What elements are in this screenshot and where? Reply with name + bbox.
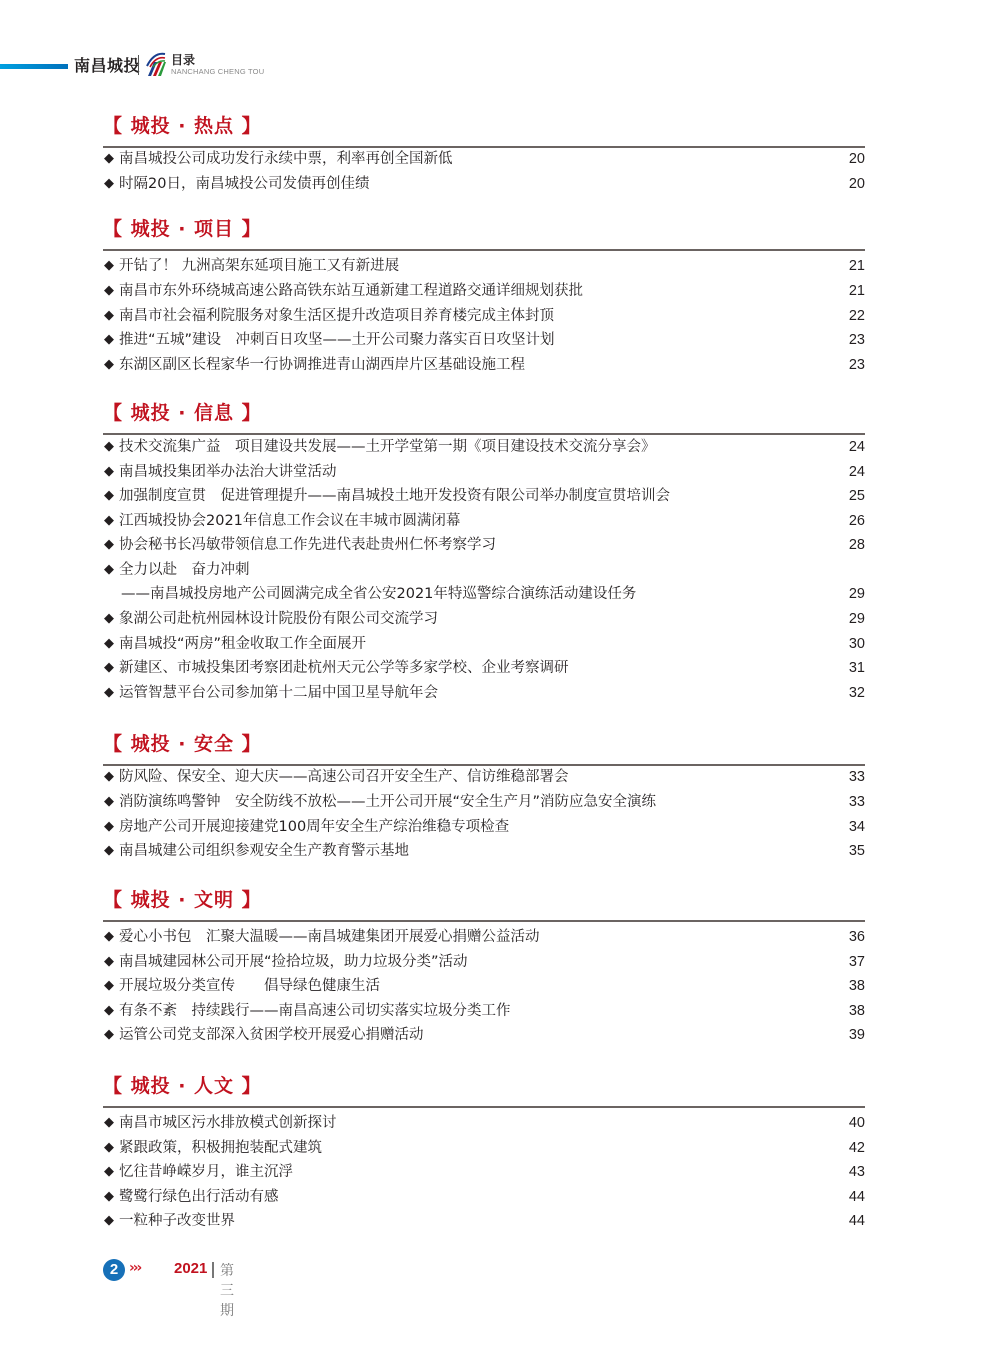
entry-page-number: 23 [849, 353, 865, 377]
diamond-bullet-icon: ◆ [104, 839, 114, 863]
entry-page-number: 38 [849, 999, 865, 1023]
entry-page-number: 28 [849, 533, 865, 557]
entry-title: 南昌城投“两房”租金收取工作全面展开 [119, 632, 366, 656]
toc-entry[interactable]: ◆ 推进“五城”建设 冲刺百日攻坚——土开公司聚力落实百日攻坚计划 23 [103, 328, 865, 352]
diamond-bullet-icon: ◆ [104, 304, 114, 328]
entry-page-number: 20 [849, 172, 865, 196]
section-divider [103, 920, 865, 922]
toc-entry[interactable]: ◆ 南昌市东外环绕城高速公路高铁东站互通新建工程道路交通详细规划获批 21 [103, 279, 865, 303]
toc-entry[interactable]: ◆ 南昌市城区污水排放模式创新探讨 40 [103, 1111, 865, 1135]
toc-entry[interactable]: ◆ 协会秘书长冯敏带领信息工作先进代表赴贵州仁怀考察学习 28 [103, 533, 865, 557]
entry-title: 开展垃圾分类宣传 倡导绿色健康生活 [119, 974, 380, 998]
diamond-bullet-icon: ◆ [104, 172, 114, 196]
toc-entry[interactable]: ◆ 时隔20日，南昌城投公司发债再创佳绩 20 [103, 172, 865, 196]
entry-title: 房地产公司开展迎接建党100周年安全生产综治维稳专项检查 [119, 815, 509, 839]
entry-page-number: 32 [849, 681, 865, 705]
diamond-bullet-icon: ◆ [104, 328, 114, 352]
entry-title: 运管智慧平台公司参加第十二届中国卫星导航年会 [119, 681, 438, 705]
entry-title: 忆往昔峥嵘岁月，谁主沉浮 [119, 1160, 293, 1184]
diamond-bullet-icon: ◆ [104, 1111, 114, 1135]
entry-title: 东湖区副区长程家华一行协调推进青山湖西岸片区基础设施工程 [119, 353, 525, 377]
section-title: 【 城投 · 文明 】 [103, 885, 262, 912]
toc-entry[interactable]: ◆ 新建区、市城投集团考察团赴杭州天元公学等多家学校、企业考察调研 31 [103, 656, 865, 680]
diamond-bullet-icon: ◆ [104, 558, 114, 582]
toc-entry[interactable]: ◆ 南昌城投“两房”租金收取工作全面展开 30 [103, 632, 865, 656]
entry-title: 全力以赴 奋力冲刺 [119, 558, 250, 582]
toc-entry[interactable]: ◆ 运管智慧平台公司参加第十二届中国卫星导航年会 32 [103, 681, 865, 705]
entry-title: 爱心小书包 汇聚大温暖——南昌城建集团开展爱心捐赠公益活动 [119, 925, 540, 949]
entry-page-number: 37 [849, 950, 865, 974]
entry-title: 南昌城投公司成功发行永续中票，利率再创全国新低 [119, 147, 453, 171]
page-number-badge: 2 [103, 1259, 125, 1281]
entry-page-number: 22 [849, 304, 865, 328]
entry-page-number: 20 [849, 147, 865, 171]
toc-entry[interactable]: ◆ 开展垃圾分类宣传 倡导绿色健康生活 38 [103, 974, 865, 998]
entry-title: 运管公司党支部深入贫困学校开展爱心捐赠活动 [119, 1023, 424, 1047]
toc-entry[interactable]: ◆ 有条不紊 持续践行——南昌高速公司切实落实垃圾分类工作 38 [103, 999, 865, 1023]
nanchang-chengtou-logo-icon [144, 50, 166, 78]
brand-name: 南昌城投 [74, 53, 140, 76]
footer-divider [212, 1262, 214, 1278]
toc-entry[interactable]: ◆ 南昌城投公司成功发行永续中票，利率再创全国新低 20 [103, 147, 865, 171]
diamond-bullet-icon: ◆ [104, 632, 114, 656]
section-divider [103, 1106, 865, 1108]
diamond-bullet-icon: ◆ [104, 1185, 114, 1209]
entry-page-number: 24 [849, 435, 865, 459]
entry-title: 南昌城投集团举办法治大讲堂活动 [119, 460, 337, 484]
entry-title: 江西城投协会2021年信息工作会议在丰城市圆满闭幕 [119, 509, 460, 533]
entry-title: 有条不紊 持续践行——南昌高速公司切实落实垃圾分类工作 [119, 999, 511, 1023]
section-title: 【 城投 · 项目 】 [103, 214, 262, 241]
entry-page-number: 34 [849, 815, 865, 839]
diamond-bullet-icon: ◆ [104, 1160, 114, 1184]
diamond-bullet-icon: ◆ [104, 999, 114, 1023]
header-accent-bar [0, 64, 68, 69]
diamond-bullet-icon: ◆ [104, 254, 114, 278]
entry-page-number: 44 [849, 1185, 865, 1209]
entry-title: 开钻了！ 九洲高架东延项目施工又有新进展 [119, 254, 399, 278]
entry-page-number: 42 [849, 1136, 865, 1160]
diamond-bullet-icon: ◆ [104, 656, 114, 680]
entry-page-number: 24 [849, 460, 865, 484]
toc-entry[interactable]: ◆ 爱心小书包 汇聚大温暖——南昌城建集团开展爱心捐赠公益活动 36 [103, 925, 865, 949]
entry-title: 南昌市东外环绕城高速公路高铁东站互通新建工程道路交通详细规划获批 [119, 279, 583, 303]
entry-title: 南昌市社会福利院服务对象生活区提升改造项目养育楼完成主体封顶 [119, 304, 554, 328]
entry-page-number: 43 [849, 1160, 865, 1184]
diamond-bullet-icon: ◆ [104, 460, 114, 484]
entry-title: 南昌城建园林公司开展“捡拾垃圾，助力垃圾分类”活动 [119, 950, 468, 974]
diamond-bullet-icon: ◆ [104, 974, 114, 998]
toc-entry[interactable]: ◆ 运管公司党支部深入贫困学校开展爱心捐赠活动 39 [103, 1023, 865, 1047]
diamond-bullet-icon: ◆ [104, 815, 114, 839]
entry-title: 推进“五城”建设 冲刺百日攻坚——土开公司聚力落实百日攻坚计划 [119, 328, 555, 352]
diamond-bullet-icon: ◆ [104, 279, 114, 303]
diamond-bullet-icon: ◆ [104, 353, 114, 377]
entry-page-number: 36 [849, 925, 865, 949]
entry-page-number: 26 [849, 509, 865, 533]
entry-title: 南昌市城区污水排放模式创新探讨 [119, 1111, 337, 1135]
entry-page-number: 35 [849, 839, 865, 863]
issue-number: 第三期 [220, 1260, 234, 1320]
entry-page-number: 44 [849, 1209, 865, 1233]
entry-title: 消防演练鸣警钟 安全防线不放松——土开公司开展“安全生产月”消防应急安全演练 [119, 790, 656, 814]
entry-page-number: 30 [849, 632, 865, 656]
diamond-bullet-icon: ◆ [104, 509, 114, 533]
entry-page-number: 29 [849, 582, 865, 606]
diamond-bullet-icon: ◆ [104, 925, 114, 949]
diamond-bullet-icon: ◆ [104, 1209, 114, 1233]
english-brand-name: NANCHANG CHENG TOU [171, 67, 264, 76]
entry-title: 鹭鹭行绿色出行活动有感 [119, 1185, 279, 1209]
entry-page-number: 39 [849, 1023, 865, 1047]
header-divider [138, 55, 139, 75]
entry-page-number: 38 [849, 974, 865, 998]
toc-entry[interactable]: ◆ 房地产公司开展迎接建党100周年安全生产综治维稳专项检查 34 [103, 815, 865, 839]
entry-page-number: 33 [849, 765, 865, 789]
toc-entry[interactable]: ◆ 东湖区副区长程家华一行协调推进青山湖西岸片区基础设施工程 23 [103, 353, 865, 377]
page-header: 南昌城投 目录 NANCHANG CHENG TOU [0, 44, 1000, 94]
toc-entry[interactable]: ◆ 紧跟政策，积极拥抱装配式建筑 42 [103, 1136, 865, 1160]
toc-entry[interactable]: ◆ 南昌城建园林公司开展“捡拾垃圾，助力垃圾分类”活动 37 [103, 950, 865, 974]
diamond-bullet-icon: ◆ [104, 484, 114, 508]
entry-title: 新建区、市城投集团考察团赴杭州天元公学等多家学校、企业考察调研 [119, 656, 569, 680]
toc-entry[interactable]: ◆ 消防演练鸣警钟 安全防线不放松——土开公司开展“安全生产月”消防应急安全演练… [103, 790, 865, 814]
entry-page-number: 25 [849, 484, 865, 508]
toc-entry[interactable]: ◆ 加强制度宣贯 促进管理提升——南昌城投土地开发投资有限公司举办制度宣贯培训会… [103, 484, 865, 508]
entry-title: 象湖公司赴杭州园林设计院股份有限公司交流学习 [119, 607, 438, 631]
entry-title: 协会秘书长冯敏带领信息工作先进代表赴贵州仁怀考察学习 [119, 533, 496, 557]
entry-title: 一粒种子改变世界 [119, 1209, 235, 1233]
diamond-bullet-icon: ◆ [104, 1136, 114, 1160]
entry-title: 紧跟政策，积极拥抱装配式建筑 [119, 1136, 322, 1160]
diamond-bullet-icon: ◆ [104, 147, 114, 171]
entry-page-number: 40 [849, 1111, 865, 1135]
diamond-bullet-icon: ◆ [104, 435, 114, 459]
entry-page-number: 29 [849, 607, 865, 631]
diamond-bullet-icon: ◆ [104, 533, 114, 557]
entry-title: 南昌城建公司组织参观安全生产教育警示基地 [119, 839, 409, 863]
entry-subtitle: ——南昌城投房地产公司圆满完成全省公安2021年特巡警综合演练活动建设任务 [121, 582, 636, 606]
entry-title: 技术交流集广益 项目建设共发展——土开学堂第一期《项目建设技术交流分享会》 [119, 435, 656, 459]
toc-entry[interactable]: ◆ 技术交流集广益 项目建设共发展——土开学堂第一期《项目建设技术交流分享会》 … [103, 435, 865, 459]
diamond-bullet-icon: ◆ [104, 681, 114, 705]
toc-entry[interactable]: ◆ 江西城投协会2021年信息工作会议在丰城市圆满闭幕 26 [103, 509, 865, 533]
toc-entry[interactable]: ◆ 开钻了！ 九洲高架东延项目施工又有新进展 21 [103, 254, 865, 278]
toc-entry[interactable]: ◆ 鹭鹭行绿色出行活动有感 44 [103, 1185, 865, 1209]
toc-entry[interactable]: ◆ 一粒种子改变世界 44 [103, 1209, 865, 1233]
toc-label: 目录 [171, 51, 195, 68]
entry-page-number: 23 [849, 328, 865, 352]
toc-entry[interactable]: ◆ 南昌市社会福利院服务对象生活区提升改造项目养育楼完成主体封顶 22 [103, 304, 865, 328]
toc-entry[interactable]: ◆ 全力以赴 奋力冲刺 [103, 558, 865, 582]
entry-title: 防风险、保安全、迎大庆——高速公司召开安全生产、信访维稳部署会 [119, 765, 569, 789]
chevron-arrows-icon: ››› [129, 1260, 140, 1276]
entry-title: 时隔20日，南昌城投公司发债再创佳绩 [119, 172, 369, 196]
diamond-bullet-icon: ◆ [104, 950, 114, 974]
issue-year: 2021 [174, 1260, 207, 1277]
section-title: 【 城投 · 人文 】 [103, 1071, 262, 1098]
toc-entry[interactable]: ◆ 南昌城建公司组织参观安全生产教育警示基地 35 [103, 839, 865, 863]
diamond-bullet-icon: ◆ [104, 790, 114, 814]
section-title: 【 城投 · 热点 】 [103, 111, 262, 138]
toc-entry[interactable]: ◆ 防风险、保安全、迎大庆——高速公司召开安全生产、信访维稳部署会 33 [103, 765, 865, 789]
toc-entry[interactable]: ◆ 南昌城投集团举办法治大讲堂活动 24 [103, 460, 865, 484]
section-title: 【 城投 · 安全 】 [103, 729, 262, 756]
diamond-bullet-icon: ◆ [104, 1023, 114, 1047]
section-title: 【 城投 · 信息 】 [103, 398, 262, 425]
toc-entry[interactable]: ◆ 忆往昔峥嵘岁月，谁主沉浮 43 [103, 1160, 865, 1184]
entry-page-number: 31 [849, 656, 865, 680]
entry-page-number: 21 [849, 254, 865, 278]
entry-title: 加强制度宣贯 促进管理提升——南昌城投土地开发投资有限公司举办制度宣贯培训会 [119, 484, 670, 508]
entry-page-number: 21 [849, 279, 865, 303]
entry-page-number: 33 [849, 790, 865, 814]
diamond-bullet-icon: ◆ [104, 765, 114, 789]
toc-entry-continuation[interactable]: ——南昌城投房地产公司圆满完成全省公安2021年特巡警综合演练活动建设任务 29 [103, 582, 865, 606]
section-divider [103, 249, 865, 251]
diamond-bullet-icon: ◆ [104, 607, 114, 631]
toc-entry[interactable]: ◆ 象湖公司赴杭州园林设计院股份有限公司交流学习 29 [103, 607, 865, 631]
